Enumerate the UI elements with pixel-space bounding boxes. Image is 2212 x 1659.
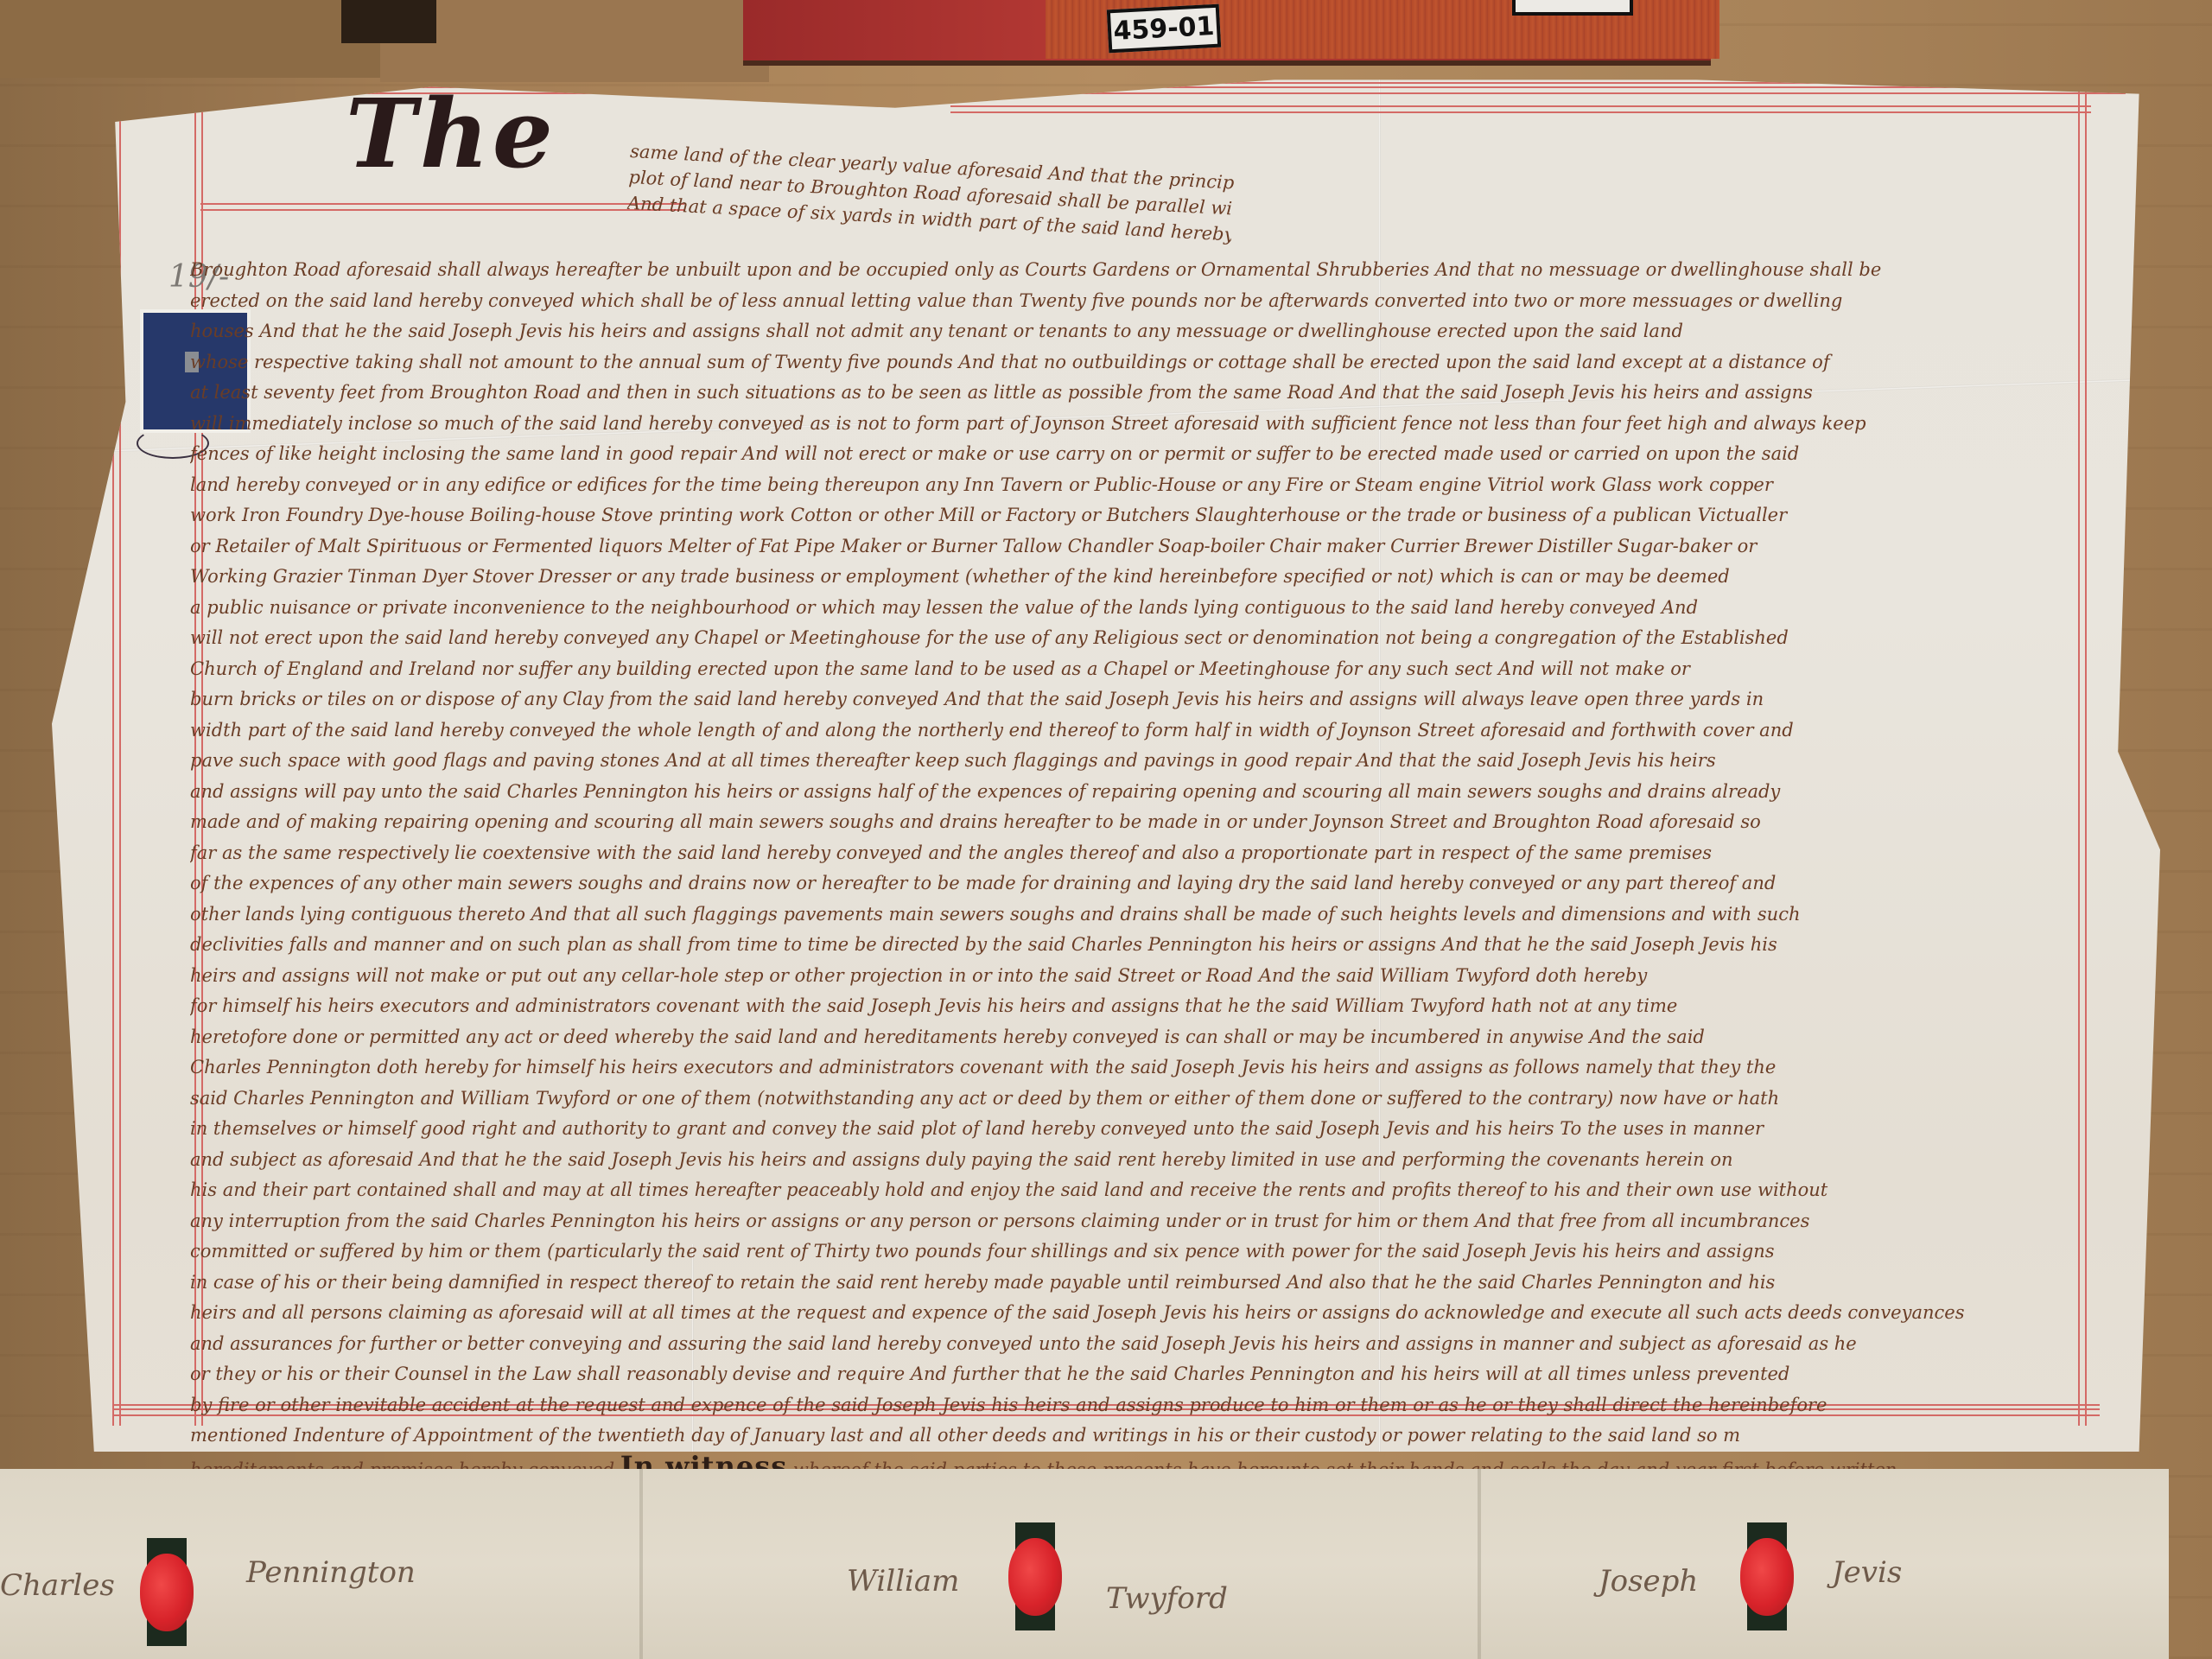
body-line: mentioned Indenture of Appointment of th… bbox=[190, 1421, 2126, 1452]
body-line: houses And that he the said Joseph Jevis… bbox=[190, 316, 2126, 347]
body-line: for himself his heirs executors and admi… bbox=[190, 991, 2126, 1022]
body-line: or they or his or their Counsel in the L… bbox=[190, 1359, 2126, 1390]
wax-seal-icon bbox=[140, 1554, 194, 1631]
body-line: heirs and assigns will not make or put o… bbox=[190, 961, 2126, 992]
body-line: made and of making repairing opening and… bbox=[190, 807, 2126, 838]
body-line: in themselves or himself good right and … bbox=[190, 1114, 2126, 1145]
signature-last: Pennington bbox=[246, 1555, 416, 1590]
body-line: far as the same respectively lie coexten… bbox=[190, 838, 2126, 869]
body-line: width part of the said land hereby conve… bbox=[190, 715, 2126, 747]
body-line: committed or suffered by him or them (pa… bbox=[190, 1236, 2126, 1268]
body-line: heretofore done or permitted any act or … bbox=[190, 1022, 2126, 1053]
signature-first: Joseph bbox=[1599, 1564, 1698, 1599]
wax-seal-icon bbox=[1740, 1538, 1794, 1616]
body-line: work Iron Foundry Dye-house Boiling-hous… bbox=[190, 500, 2126, 531]
body-line: fences of like height inclosing the same… bbox=[190, 439, 2126, 470]
wax-seal-3 bbox=[1747, 1522, 1787, 1630]
body-line: of the expences of any other main sewers… bbox=[190, 868, 2126, 899]
wax-seal-1 bbox=[147, 1538, 187, 1646]
body-line: Church of England and Ireland nor suffer… bbox=[190, 654, 2126, 685]
body-line: other lands lying contiguous thereto And… bbox=[190, 899, 2126, 931]
body-line: and assurances for further or better con… bbox=[190, 1329, 2126, 1360]
body-line: any interruption from the said Charles P… bbox=[190, 1206, 2126, 1237]
body-line: by fire or other inevitable accident at … bbox=[190, 1390, 2126, 1421]
body-line: pave such space with good flags and pavi… bbox=[190, 746, 2126, 777]
body-line: and assigns will pay unto the said Charl… bbox=[190, 777, 2126, 808]
body-line: in case of his or their being damnified … bbox=[190, 1268, 2126, 1299]
deed-body-text: Broughton Road aforesaid shall always he… bbox=[190, 207, 2126, 1485]
cardboard-box-top bbox=[380, 0, 769, 82]
body-line: Broughton Road aforesaid shall always he… bbox=[190, 255, 2126, 286]
archive-label: 459-01 bbox=[1107, 4, 1221, 54]
body-line: declivities falls and manner and on such… bbox=[190, 930, 2126, 961]
body-line: said Charles Pennington and William Twyf… bbox=[190, 1084, 2126, 1115]
strip-fold bbox=[639, 1469, 643, 1659]
body-line: land hereby conveyed or in any edifice o… bbox=[190, 470, 2126, 501]
wax-seal-2 bbox=[1015, 1522, 1055, 1630]
strip-fold bbox=[1478, 1469, 1481, 1659]
body-line: a public nuisance or private inconvenien… bbox=[190, 593, 2126, 624]
body-line: his and their part contained shall and m… bbox=[190, 1175, 2126, 1206]
body-line: burn bricks or tiles on or dispose of an… bbox=[190, 684, 2126, 715]
signature-first: William bbox=[847, 1564, 959, 1599]
decorative-initial: The bbox=[346, 78, 556, 189]
signature-last: Twyford bbox=[1106, 1581, 1228, 1616]
body-line: heirs and all persons claiming as afores… bbox=[190, 1298, 2126, 1329]
header-rule bbox=[950, 105, 2091, 113]
wax-seal-icon bbox=[1008, 1538, 1062, 1616]
body-line: Working Grazier Tinman Dyer Stover Dress… bbox=[190, 562, 2126, 593]
body-line: will immediately inclose so much of the … bbox=[190, 409, 2126, 440]
body-line: Charles Pennington doth hereby for himse… bbox=[190, 1052, 2126, 1084]
body-line: whose respective taking shall not amount… bbox=[190, 347, 2126, 378]
body-line: will not erect upon the said land hereby… bbox=[190, 623, 2126, 654]
cardboard-box bbox=[0, 0, 383, 78]
body-line: erected on the said land hereby conveyed… bbox=[190, 286, 2126, 317]
signature-first: Charles bbox=[0, 1568, 115, 1603]
body-line: or Retailer of Malt Spirituous or Fermen… bbox=[190, 531, 2126, 563]
box-shadow-gap bbox=[341, 0, 436, 43]
body-line: at least seventy feet from Broughton Roa… bbox=[190, 378, 2126, 409]
archive-label-secondary bbox=[1512, 0, 1633, 16]
signature-last: Jevis bbox=[1832, 1555, 1902, 1590]
body-line: and subject as aforesaid And that he the… bbox=[190, 1145, 2126, 1176]
seal-strip: Charles Pennington William Twyford Josep… bbox=[0, 1469, 2169, 1659]
